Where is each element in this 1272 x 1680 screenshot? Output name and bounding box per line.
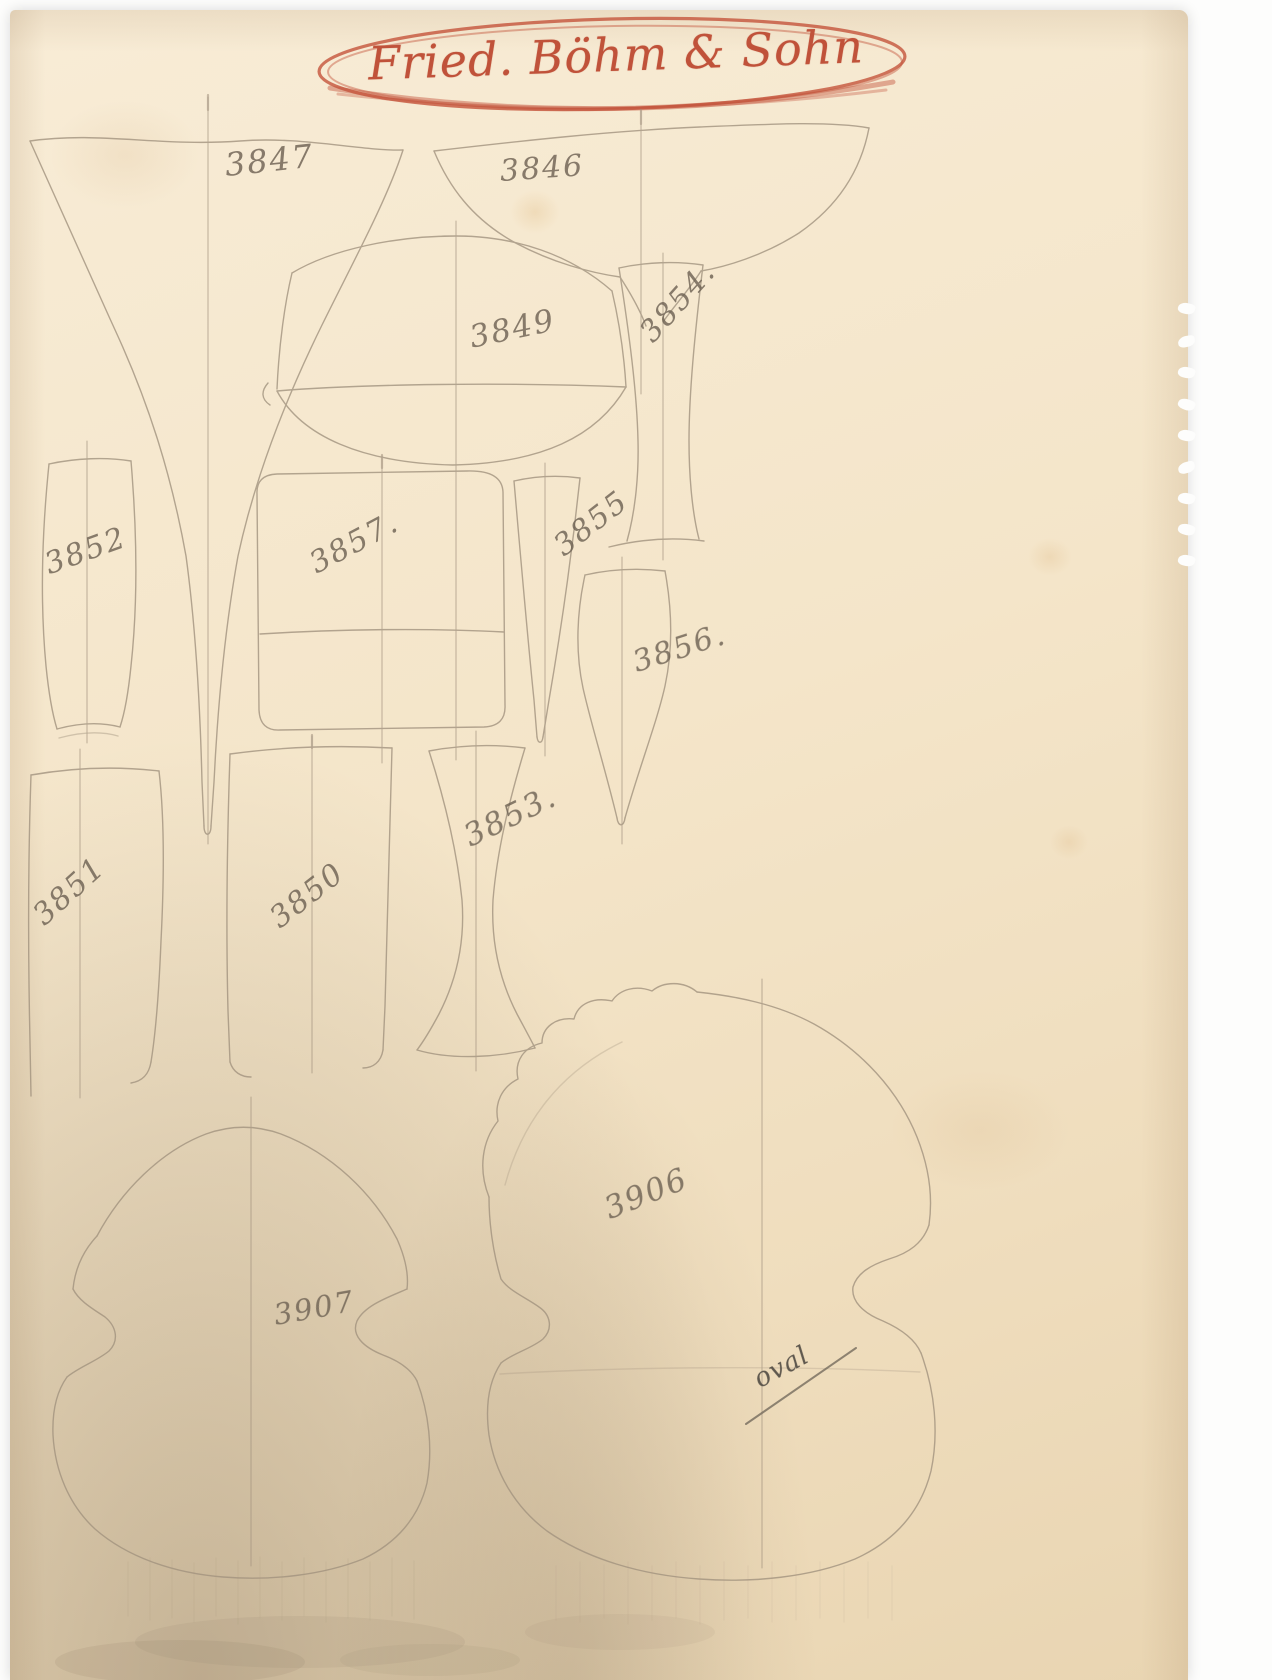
paper-tear-mark [1177,522,1197,538]
paper-tear-mark [1177,428,1196,443]
paper-tear-mark [1177,301,1196,316]
paper-tear-mark [1177,335,1196,349]
paper-tear-mark [1177,553,1196,568]
paper-tear-mark [1177,396,1197,413]
paper-sheet [10,10,1188,1680]
paper-tear-mark [1177,491,1196,506]
paper-tear-mark [1177,365,1196,380]
sketch-label-3846: 3846 [499,148,586,189]
paper-tear-mark [1177,460,1196,475]
